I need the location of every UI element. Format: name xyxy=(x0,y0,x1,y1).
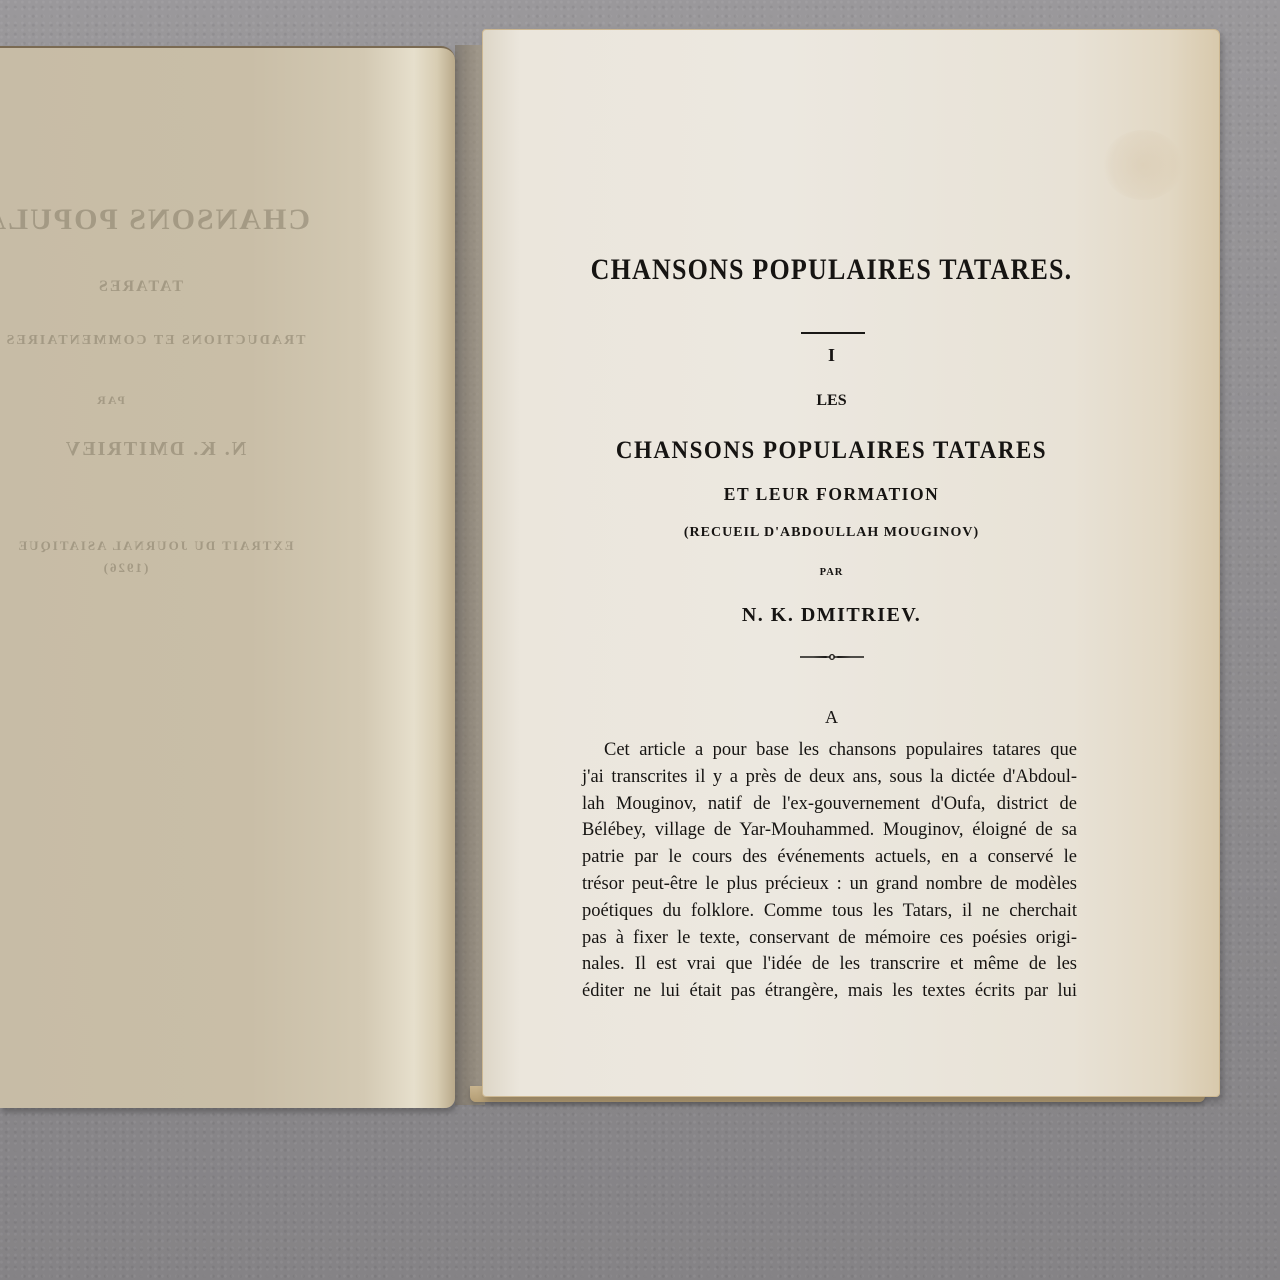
body-line: poétiques du folklore. Comme tous les Ta… xyxy=(582,898,1077,925)
section-letter: A xyxy=(588,707,1075,728)
body-line: j'ai transcrites il y a près de deux ans… xyxy=(582,764,1077,791)
ornament-divider-icon xyxy=(588,652,1075,662)
bleed-through-text: PAR xyxy=(60,393,160,408)
document-title: CHANSONS POPULAIRES TATARES. xyxy=(588,253,1075,288)
body-line: Bélébey, village de Yar-Mouhammed. Mougi… xyxy=(582,817,1077,844)
author-name: N. K. DMITRIEV. xyxy=(588,604,1075,627)
section-number: I xyxy=(588,345,1075,366)
subtitle-article: LES xyxy=(588,392,1075,410)
bleed-through-text: TATARES xyxy=(40,278,240,296)
title-divider-rule xyxy=(801,332,865,334)
body-line: nales. Il est vrai que l'idée de les tra… xyxy=(582,951,1077,978)
bleed-through-text: EXTRAIT DU JOURNAL ASIATIQUE xyxy=(0,538,310,554)
collection-note: (RECUEIL D'ABDOULLAH MOUGINOV) xyxy=(588,525,1075,541)
bleed-through-text: (1926) xyxy=(50,560,200,576)
right-page-title-page: CHANSONS POPULAIRES TATARES. I LES CHANS… xyxy=(482,29,1220,1097)
bleed-through-text: N. K. DMITRIEV xyxy=(0,438,310,461)
body-line: patrie par le cours des événements actue… xyxy=(582,844,1077,871)
body-paragraph: Cet article a pour base les chansons pop… xyxy=(582,737,1077,1005)
left-page-cover: CHANSONS POPULAIRES TATARES TRADUCTIONS … xyxy=(0,46,455,1108)
body-line: pas à fixer le texte, conservant de mémo… xyxy=(582,925,1077,952)
by-label: PAR xyxy=(588,567,1075,578)
bleed-through-text: CHANSONS POPULAIRES xyxy=(0,203,310,237)
body-line: Cet article a pour base les chansons pop… xyxy=(582,737,1077,764)
paper-stain xyxy=(1103,130,1183,200)
body-line: trésor peut-être le plus précieux : un g… xyxy=(582,871,1077,898)
book-spine xyxy=(455,45,485,1105)
body-line: éditer ne lui était pas étrangère, mais … xyxy=(582,978,1077,1005)
bleed-through-text: TRADUCTIONS ET COMMENTAIRES xyxy=(0,333,310,349)
body-line: lah Mouginov, natif de l'ex-gouvernement… xyxy=(582,791,1077,818)
subtitle: CHANSONS POPULAIRES TATARES xyxy=(588,435,1075,464)
subtitle-line-2: ET LEUR FORMATION xyxy=(588,484,1075,505)
